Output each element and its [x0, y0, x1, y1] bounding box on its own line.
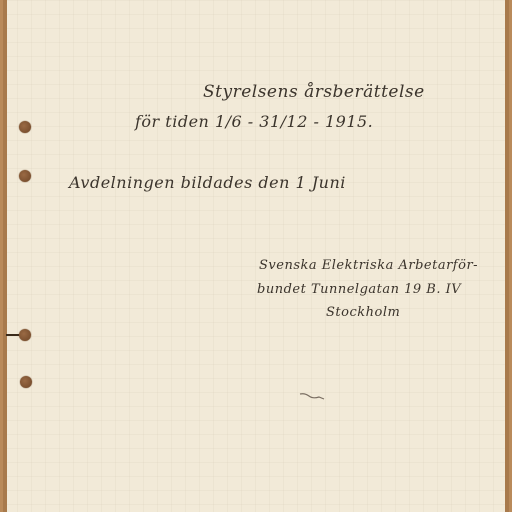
page-edge-right [505, 0, 509, 512]
binder-hole-icon [20, 376, 32, 388]
address-line: Svenska Elektriska Arbetarför- [259, 258, 478, 273]
binder-hole-icon [19, 329, 31, 341]
report-title: Styrelsens årsberättelse [203, 82, 425, 102]
binder-hole-icon [19, 170, 31, 182]
page-edge-left [3, 0, 7, 512]
body-line: Avdelningen bildades den 1 Juni [69, 173, 346, 192]
report-period: för tiden 1/6 - 31/12 - 1915. [135, 112, 373, 131]
address-line: Stockholm [326, 305, 400, 320]
ink-mark-icon [299, 392, 325, 400]
binder-clip [6, 334, 20, 336]
binder-hole-icon [19, 121, 31, 133]
document-page: Styrelsens årsberättelse för tiden 1/6 -… [3, 0, 509, 512]
address-line: bundet Tunnelgatan 19 B. IV [257, 282, 461, 297]
